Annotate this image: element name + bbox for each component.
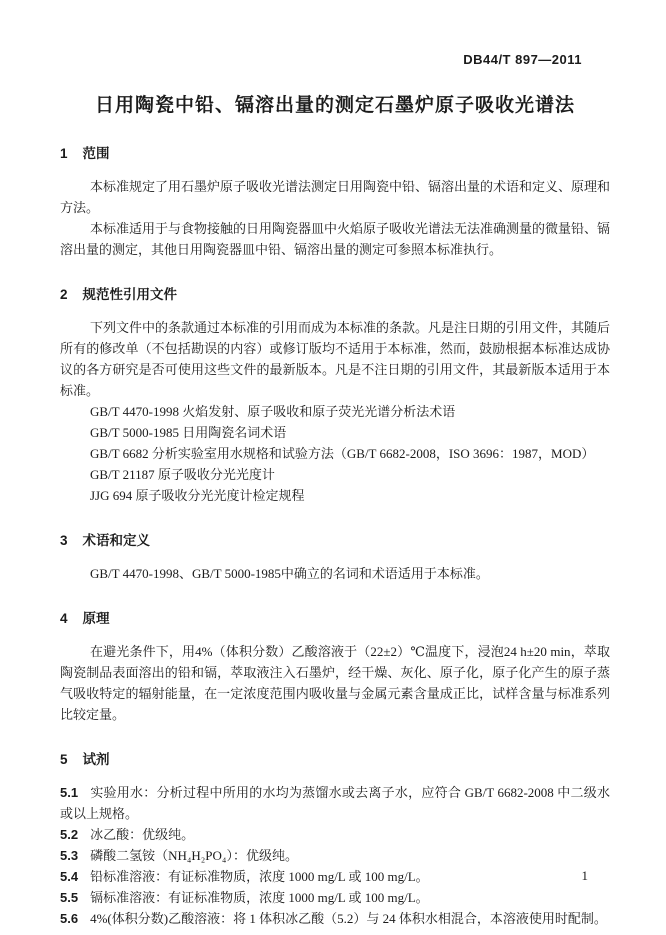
page-number: 1 <box>582 868 589 883</box>
section-heading-label: 试剂 <box>83 752 110 767</box>
reference-item: GB/T 4470-1998 火焰发射、原子吸收和原子荧光光谱分析法术语 <box>60 401 610 422</box>
page-title: 日用陶瓷中铅、镉溶出量的测定石墨炉原子吸收光谱法 <box>60 92 610 119</box>
section-number: 3 <box>60 533 68 548</box>
section-heading: 4原理 <box>60 610 610 628</box>
clause-number: 5.1 <box>60 785 78 800</box>
section-heading-label: 术语和定义 <box>83 533 151 548</box>
paragraph: GB/T 4470-1998、GB/T 5000-1985中确立的名词和术语适用… <box>60 563 610 584</box>
clause-text: 冰乙酸：优级纯。 <box>90 827 194 842</box>
section-terms-definitions: 3术语和定义 GB/T 4470-1998、GB/T 5000-1985中确立的… <box>60 532 610 584</box>
clause-item: 5.1实验用水：分析过程中所用的水均为蒸馏水或去离子水，应符合 GB/T 668… <box>60 782 610 824</box>
clause-number: 5.3 <box>60 848 78 863</box>
section-normative-references: 2规范性引用文件 下列文件中的条款通过本标准的引用而成为本标准的条款。凡是注日期… <box>60 286 610 506</box>
clause-item: 5.5镉标准溶液：有证标准物质，浓度 1000 mg/L 或 100 mg/L。 <box>60 887 610 908</box>
clause-number: 5.2 <box>60 827 78 842</box>
clause-text: 4%(体积分数)乙酸溶液：将 1 体积冰乙酸（5.2）与 24 体积水相混合，本… <box>90 911 607 926</box>
section-number: 1 <box>60 146 68 161</box>
paragraph: 本标准适用于与食物接触的日用陶瓷器皿中火焰原子吸收光谱法无法准确测量的微量铅、镉… <box>60 218 610 260</box>
clause-item: 5.64%(体积分数)乙酸溶液：将 1 体积冰乙酸（5.2）与 24 体积水相混… <box>60 908 610 929</box>
section-heading-label: 原理 <box>83 611 110 626</box>
clause-text: 实验用水：分析过程中所用的水均为蒸馏水或去离子水，应符合 GB/T 6682-2… <box>60 785 610 821</box>
section-reagents: 5试剂 5.1实验用水：分析过程中所用的水均为蒸馏水或去离子水，应符合 GB/T… <box>60 751 610 929</box>
section-heading: 3术语和定义 <box>60 532 610 550</box>
clause-item: 5.2冰乙酸：优级纯。 <box>60 824 610 845</box>
reference-item: GB/T 6682 分析实验室用水规格和试验方法（GB/T 6682-2008，… <box>60 443 610 464</box>
clause-text: 镉标准溶液：有证标准物质，浓度 1000 mg/L 或 100 mg/L。 <box>90 890 429 905</box>
section-scope: 1范围 本标准规定了用石墨炉原子吸收光谱法测定日用陶瓷中铅、镉溶出量的术语和定义… <box>60 145 610 260</box>
reference-item: JJG 694 原子吸收分光光度计检定规程 <box>60 485 610 506</box>
section-heading: 1范围 <box>60 145 610 163</box>
document-page: DB44/T 897—2011 日用陶瓷中铅、镉溶出量的测定石墨炉原子吸收光谱法… <box>0 0 666 935</box>
clause-text: 铅标准溶液：有证标准物质，浓度 1000 mg/L 或 100 mg/L。 <box>90 869 429 884</box>
section-heading-label: 规范性引用文件 <box>83 287 178 302</box>
clause-item: 5.4铅标准溶液：有证标准物质，浓度 1000 mg/L 或 100 mg/L。 <box>60 866 610 887</box>
reference-item: GB/T 5000-1985 日用陶瓷名词术语 <box>60 422 610 443</box>
clause-number: 5.4 <box>60 869 78 884</box>
section-number: 5 <box>60 752 68 767</box>
clause-text: 磷酸二氢铵（NH₄H₂PO₄）：优级纯。 <box>90 848 298 863</box>
reference-item: GB/T 21187 原子吸收分光光度计 <box>60 464 610 485</box>
section-heading: 2规范性引用文件 <box>60 286 610 304</box>
paragraph: 本标准规定了用石墨炉原子吸收光谱法测定日用陶瓷中铅、镉溶出量的术语和定义、原理和… <box>60 176 610 218</box>
section-number: 2 <box>60 287 68 302</box>
section-heading-label: 范围 <box>83 146 110 161</box>
section-principle: 4原理 在避光条件下，用4%（体积分数）乙酸溶液于（22±2）℃温度下，浸泡24… <box>60 610 610 725</box>
clause-number: 5.5 <box>60 890 78 905</box>
section-number: 4 <box>60 611 68 626</box>
clause-item: 5.3磷酸二氢铵（NH₄H₂PO₄）：优级纯。 <box>60 845 610 866</box>
section-heading: 5试剂 <box>60 751 610 769</box>
paragraph: 在避光条件下，用4%（体积分数）乙酸溶液于（22±2）℃温度下，浸泡24 h±2… <box>60 641 610 725</box>
clause-number: 5.6 <box>60 911 78 926</box>
paragraph: 下列文件中的条款通过本标准的引用而成为本标准的条款。凡是注日期的引用文件，其随后… <box>60 317 610 401</box>
doc-standard-code: DB44/T 897—2011 <box>60 52 610 68</box>
